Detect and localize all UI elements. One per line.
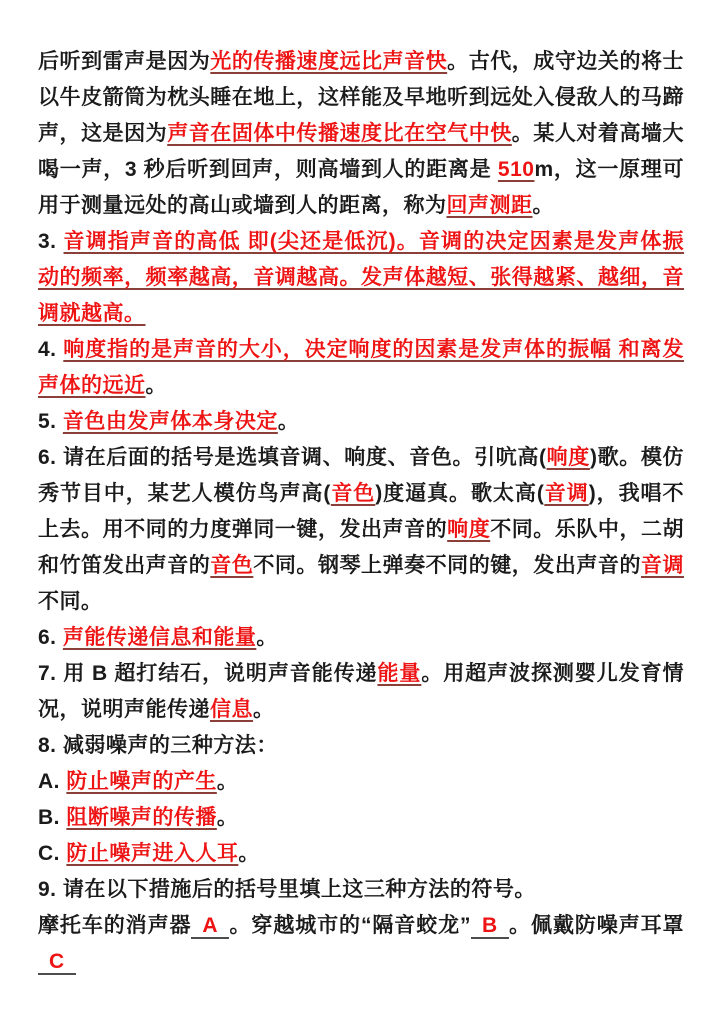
body-text: 。穿越城市的“隔音蛟龙” — [229, 914, 471, 937]
item-5-timbre: 5. 音色由发声体本身决定。 — [38, 404, 684, 440]
item-4-loudness: 4. 响度指的是声音的大小，决定响度的因素是发声体的振幅 和离发声体的远近。 — [38, 332, 684, 404]
highlighted-text: 音色 — [331, 482, 375, 505]
body-text: 4. — [38, 338, 63, 361]
item-9-instruction: 9. 请在以下措施后的括号里填上这三种方法的符号。 — [38, 872, 684, 908]
body-text: 。 — [217, 770, 239, 793]
highlighted-text: 阻断噪声的传播 — [66, 806, 217, 829]
highlighted-text: 信息 — [210, 698, 253, 721]
body-text: 后听到雷声是因为 — [38, 50, 210, 73]
item-9-answers-line: 摩托车的消声器A。穿越城市的“隔音蛟龙”B。佩戴防噪声耳罩C — [38, 908, 684, 980]
highlighted-text: 响度 — [447, 518, 490, 541]
body-text: 6. — [38, 626, 63, 649]
highlighted-text: 防止噪声的产生 — [66, 770, 217, 793]
body-text: )度逼真。歌太高( — [375, 482, 544, 505]
body-text: 。 — [238, 842, 260, 865]
item-7-ultrasound: 7. 用 B 超打结石，说明声音能传递能量。用超声波探测婴儿发育情况，说明声能传… — [38, 656, 684, 728]
body-text: 3. — [38, 230, 64, 253]
body-text: 。 — [217, 806, 239, 829]
body-text: 。 — [146, 374, 168, 397]
item-8b-block-transmission: B. 阻断噪声的传播。 — [38, 800, 684, 836]
answer-blank: C — [38, 950, 76, 975]
highlighted-text: 响度指的是声音的大小，决定响度的因素是发声体的振幅 和离发声体的远近 — [38, 338, 684, 397]
highlighted-text: 音调 — [544, 482, 588, 505]
highlighted-text: 声音在固体中传播速度比在空气中快 — [167, 122, 512, 145]
item-8a-prevent-production: A. 防止噪声的产生。 — [38, 764, 684, 800]
body-text: 。 — [256, 626, 278, 649]
body-text: 不同。钢琴上弹奏不同的键，发出声音的 — [253, 554, 641, 577]
document-body: 后听到雷声是因为光的传播速度远比声音快。古代，成守边关的将士以牛皮箭筒为枕头睡在… — [38, 44, 684, 980]
item-6-fill-in-brackets: 6. 请在后面的括号是选填音调、响度、音色。引吭高(响度)歌。模仿秀节目中，某艺… — [38, 440, 684, 620]
body-text: 9. 请在以下措施后的括号里填上这三种方法的符号。 — [38, 878, 536, 901]
highlighted-text: 音色由发声体本身决定 — [63, 410, 278, 433]
item-8-noise-methods-heading: 8. 减弱噪声的三种方法： — [38, 728, 684, 764]
highlighted-text: 音调 — [641, 554, 684, 577]
item-8c-prevent-entering-ear: C. 防止噪声进入人耳。 — [38, 836, 684, 872]
body-text: B. — [38, 806, 66, 829]
paragraph-echo-and-speed: 后听到雷声是因为光的传播速度远比声音快。古代，成守边关的将士以牛皮箭筒为枕头睡在… — [38, 44, 684, 224]
highlighted-text: 光的传播速度远比声音快 — [210, 50, 447, 73]
body-text: 。佩戴防噪声耳罩 — [509, 914, 684, 937]
highlighted-text: 510 — [498, 158, 535, 181]
highlighted-text: 响度 — [547, 446, 590, 469]
body-text: 。 — [253, 698, 275, 721]
highlighted-text: 声能传递信息和能量 — [63, 626, 257, 649]
highlighted-text: 能量 — [377, 662, 421, 685]
body-text: 。 — [278, 410, 300, 433]
document-page: 后听到雷声是因为光的传播速度远比声音快。古代，成守边关的将士以牛皮箭筒为枕头睡在… — [0, 0, 722, 1024]
body-text: 7. 用 B 超打结石，说明声音能传递 — [38, 662, 377, 685]
answer-blank: A — [191, 914, 229, 939]
item-3-pitch: 3. 音调指声音的高低 即(尖还是低沉)。音调的决定因素是发声体振动的频率，频率… — [38, 224, 684, 332]
body-text: 6. 请在后面的括号是选填音调、响度、音色。引吭高( — [38, 446, 547, 469]
body-text: 不同。 — [38, 590, 103, 613]
body-text: A. — [38, 770, 66, 793]
highlighted-text: 防止噪声进入人耳 — [66, 842, 238, 865]
body-text: 摩托车的消声器 — [38, 914, 191, 937]
body-text: 5. — [38, 410, 63, 433]
body-text: 8. 减弱噪声的三种方法： — [38, 734, 278, 757]
body-text: C. — [38, 842, 66, 865]
highlighted-text: 回声测距 — [447, 194, 533, 217]
highlighted-text: 音色 — [210, 554, 253, 577]
answer-blank: B — [471, 914, 509, 939]
body-text: 。 — [533, 194, 555, 217]
item-6-sound-carries: 6. 声能传递信息和能量。 — [38, 620, 684, 656]
highlighted-text: 音调指声音的高低 即(尖还是低沉)。音调的决定因素是发声体振动的频率，频率越高，… — [38, 230, 684, 325]
